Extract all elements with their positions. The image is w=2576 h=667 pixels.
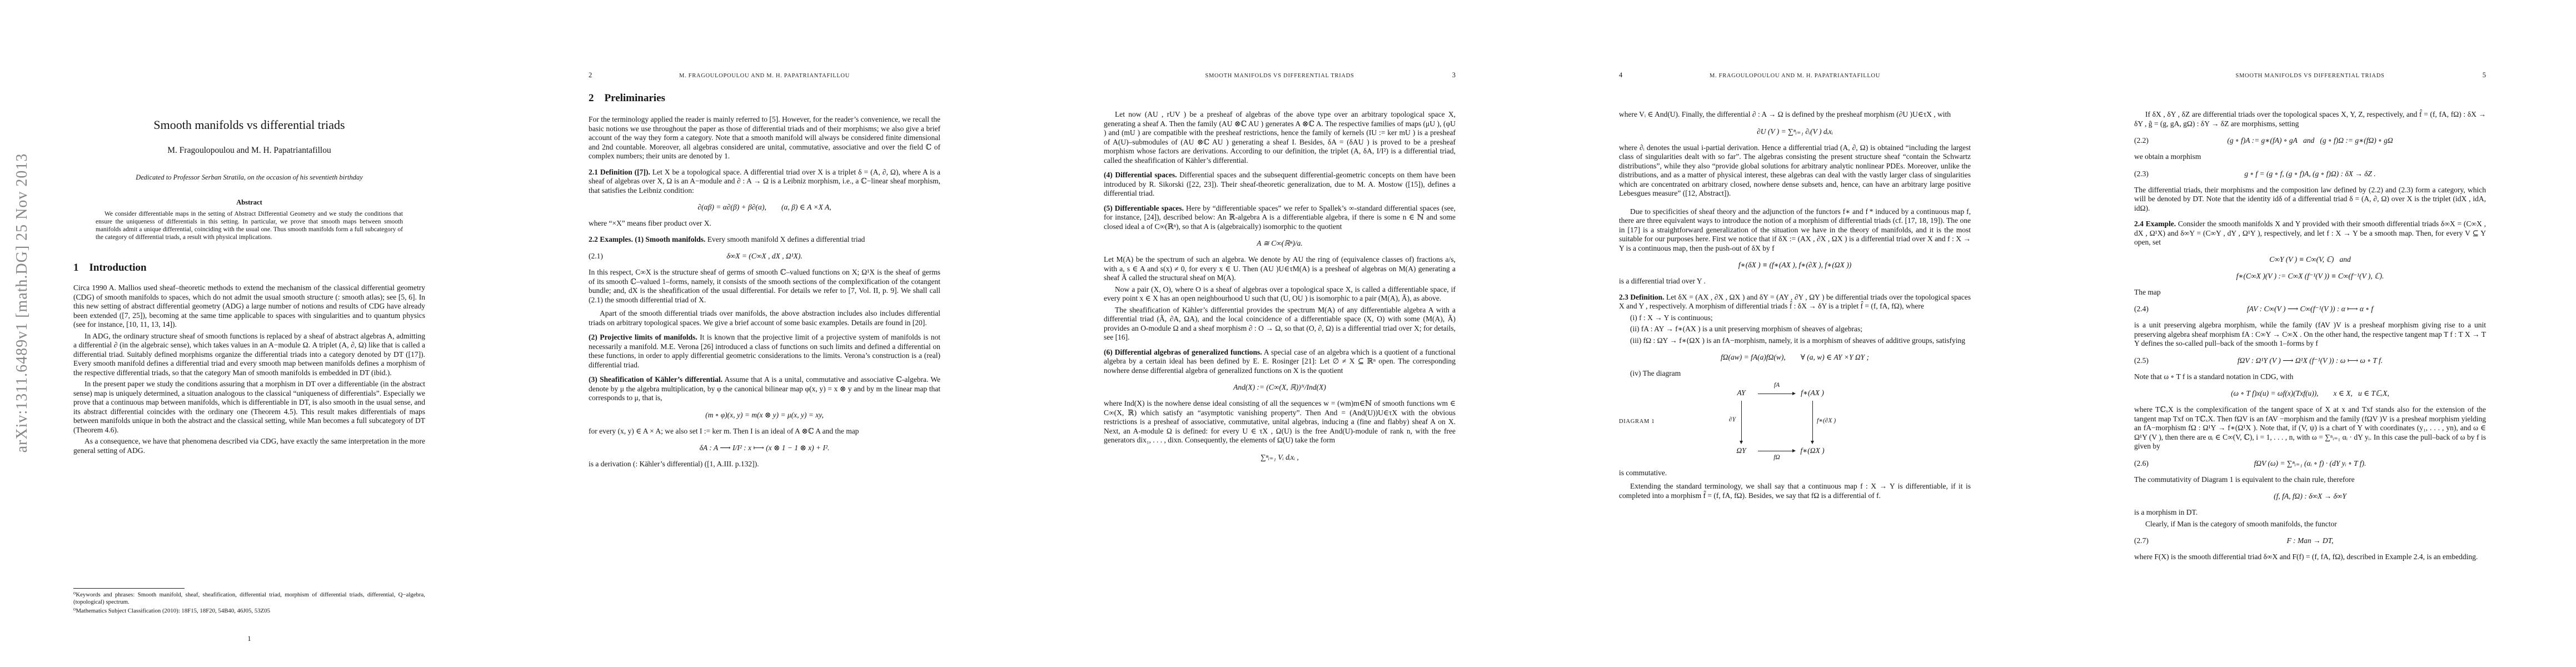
footnote: ⁰Keywords and phrases: Smooth manifold, …: [73, 591, 425, 606]
equation-tag: (2.4): [2134, 304, 2149, 313]
paragraph: where “×X” means fiber product over X.: [589, 219, 940, 228]
paragraph: In this respect, C∞X is the structure sh…: [589, 268, 940, 305]
paragraph-text: Extending the standard terminology, we s…: [1619, 482, 1971, 500]
paragraph-text: is a derivation (: Kähler’s differential…: [589, 460, 759, 468]
paragraph-text: where ∂ᵢ denotes the usual i-partial der…: [1619, 143, 1971, 198]
footnote: ⁰Mathematics Subject Classification (201…: [73, 608, 425, 615]
paragraph: The map: [2134, 288, 2486, 297]
equation-body: (g ∘ f)A := g∗(fA) ∘ gA and (g ∘ f)Ω := …: [2227, 136, 2393, 145]
paragraph: (2) Projective limits of manifolds. It i…: [589, 333, 940, 370]
page-2: 2M. FRAGOULOPOULOU AND M. H. PAPATRIANTA…: [515, 0, 1030, 667]
footnote-area: ⁰Keywords and phrases: Smooth manifold, …: [73, 588, 425, 615]
paragraph: In ADG, the ordinary structure sheaf of …: [73, 332, 425, 378]
equation-tag: (2.3): [2134, 169, 2149, 178]
display-equation: δA : A ⟶ I/I² : x ⟼ (x ⊗ 1 − 1 ⊗ x) + I²…: [589, 443, 940, 452]
paragraph: Now a pair (X, O), where O is a sheaf of…: [1104, 285, 1456, 303]
display-equation-body: A ≅ C∞(ℝⁿ)/a.: [1257, 239, 1303, 247]
display-equation-body: fΩ(aw) = fA(a)fΩ(w), ∀ (a, w) ∈ AY ×Y ΩY…: [1721, 353, 1869, 361]
equation-body: fΩV (ω) = ∑ⁿᵢ₌₁ (αᵢ ∘ f) · (dY yᵢ ∘ T f)…: [2254, 459, 2366, 467]
display-equation: f∗(C∞X )(V ) := C∞X (f⁻¹(V )) ≡ C∞(f⁻¹(V…: [2134, 271, 2486, 281]
diagram-left-arrow-label: ∂Y: [1729, 416, 1736, 423]
paragraph-text: Let δX = (AX , ∂X , ΩX ) and δY = (AY , …: [1619, 293, 1971, 311]
paragraph: In the present paper we study the condit…: [73, 380, 425, 435]
equation: (2.5)fΩV : Ω¹Y (V ) ⟶ Ω¹X (f⁻¹(V )) : ω …: [2134, 356, 2486, 365]
arxiv-banner: arXiv:1311.6489v1 [math.DG] 25 Nov 2013: [13, 153, 31, 453]
paragraph: is a differential triad over Y .: [1619, 277, 1971, 286]
section-heading-text: 2 Preliminaries: [589, 92, 665, 104]
display-equation: ∑ⁿᵢ₌₁ Vᵢ dᵢxᵢ ,: [1104, 452, 1456, 462]
diagram-arrow-top: [1758, 394, 1792, 394]
diagram-node-top-right: f∗(AX ): [1801, 389, 1824, 397]
page-number-text: 1: [247, 635, 251, 643]
equation: (2.7)F : Man → DT,: [2134, 536, 2486, 545]
paragraph-text: (iii) fΩ : ΩY → f∗(ΩX ) is an fA−morphis…: [1630, 336, 1965, 345]
paragraph-text: As a consequence, we have that phenomena…: [73, 437, 425, 455]
paragraph: (4) Differential spaces. Differential sp…: [1104, 171, 1456, 198]
paragraph-lead: 2.1 Definition ([7]).: [589, 168, 650, 176]
page-4: 4M. FRAGOULOPOULOU AND M. H. PAPATRIANTA…: [1546, 0, 2061, 667]
display-equation: ∂U (V ) = ∑ⁿᵢ₌₁ ∂ᵢ(V ) dᵢxᵢ: [1619, 127, 1971, 136]
paragraph: As a consequence, we have that phenomena…: [73, 437, 425, 455]
section-heading: 2 Preliminaries: [589, 92, 940, 105]
display-equation-body: ∂(αβ) = α∂(β) + β∂(α), (α, β) ∈ A ×X A,: [697, 203, 831, 211]
diagram-arrow-bottom-head: [1792, 449, 1796, 452]
paragraph-text: is commutative.: [1619, 469, 1667, 477]
display-equation-body: C∞Y (V ) ≡ C∞(V, ℂ) and: [2269, 255, 2350, 263]
paragraph: where ∂ᵢ denotes the usual i-partial der…: [1619, 143, 1971, 198]
paragraph: (ii) fA : AY → f∗(AX ) is a unit preserv…: [1619, 325, 1971, 334]
equation: (2.2)(g ∘ f)A := g∗(fA) ∘ gA and (g ∘ f)…: [2134, 136, 2486, 145]
paragraph: Extending the standard terminology, we s…: [1619, 482, 1971, 500]
paragraph: For the terminology applied the reader i…: [589, 115, 940, 161]
equation: (2.4)fAV : C∞(V ) ⟶ C∞(f⁻¹(V )) : α ⟼ α …: [2134, 304, 2486, 313]
paper-title-text: Smooth manifolds vs differential triads: [153, 118, 345, 132]
paragraph: (3) Sheafification of Kähler’s different…: [589, 375, 940, 403]
paragraph: is a unit preserving algebra morphism, w…: [2134, 321, 2486, 349]
pdf-canvas: { "banner": { "text": "arXiv:1311.6489v1…: [0, 0, 2576, 667]
paragraph-text: Consider the smooth manifolds X and Y pr…: [2134, 220, 2486, 246]
display-equation: ∂(αβ) = α∂(β) + β∂(α), (α, β) ∈ A ×X A,: [589, 202, 940, 212]
paragraph: (i) f : X → Y is continuous;: [1619, 313, 1971, 323]
page-content: 2 PreliminariesFor the terminology appli…: [589, 0, 940, 469]
paragraph-lead: (6) Differential algebras of generalized…: [1104, 348, 1262, 356]
footnote-text: ⁰Keywords and phrases: Smooth manifold, …: [73, 591, 425, 605]
commutative-diagram: DIAGRAM 1AYf∗(AX )ΩYf∗(ΩX )fAfΩ∂Yf∗(∂X ): [1619, 387, 1971, 465]
diagram-arrow-right-head: [1811, 441, 1814, 444]
paragraph: Let now (AU , rUV ) be a presheaf of alg…: [1104, 110, 1456, 165]
equation-body: g ∘ f = (g ∘ f, (g ∘ f)A, (g ∘ f)Ω) : δX…: [2244, 170, 2375, 178]
diagram-node-top-left: AY: [1737, 389, 1745, 397]
section-heading-text: 1 Introduction: [73, 262, 147, 273]
paragraph-lead: (4) Differential spaces.: [1104, 171, 1177, 179]
display-equation-body: f∗(C∞X )(V ) := C∞X (f⁻¹(V )) ≡ C∞(f⁻¹(V…: [2236, 272, 2384, 280]
paragraph-text: where Ind(X) is the nowhere dense ideal …: [1104, 399, 1456, 444]
paragraph-lead: (5) Differentiable spaces.: [1104, 204, 1184, 212]
paragraph-text: Now a pair (X, O), where O is a sheaf of…: [1104, 285, 1456, 303]
diagram-arrow-bottom: [1758, 451, 1792, 451]
equation-body: δ∞X = (C∞X , dX , Ω¹X).: [726, 252, 803, 260]
paragraph-text: (iv) The diagram: [1630, 369, 1681, 377]
paragraph-text: Circa 1990 A. Mallios used sheaf–theoret…: [73, 283, 425, 328]
paragraph-lead: (3) Sheafification of Kähler’s different…: [589, 375, 723, 384]
paragraph-text: (i) f : X → Y is continuous;: [1630, 313, 1713, 322]
paragraph-text: For the terminology applied the reader i…: [589, 115, 940, 160]
display-equation: A ≅ C∞(ℝⁿ)/a.: [1104, 238, 1456, 248]
paragraph-text: If δX , δY , δZ are differential triads …: [2134, 110, 2486, 128]
paragraph: for every (x, y) ∈ A × A; we also set I …: [589, 427, 940, 436]
paragraph: is commutative.: [1619, 469, 1971, 478]
page-3: SMOOTH MANIFOLDS VS DIFFERENTIAL TRIADS3…: [1030, 0, 1546, 667]
abstract-text: We consider differentiable maps in the s…: [96, 210, 403, 241]
paragraph-text: In ADG, the ordinary structure sheaf of …: [73, 332, 425, 377]
paragraph: we obtain a morphism: [2134, 152, 2486, 162]
paragraph-lead: 2.2 Examples. (1) Smooth manifolds.: [589, 235, 705, 243]
section-heading: 1 Introduction: [73, 261, 425, 275]
page-1: ⁰Keywords and phrases: Smooth manifold, …: [0, 0, 515, 667]
equation-tag: (2.1): [589, 251, 603, 261]
page-5: SMOOTH MANIFOLDS VS DIFFERENTIAL TRIADS5…: [2061, 0, 2576, 667]
paragraph-text: The commutativity of Diagram 1 is equiva…: [2134, 475, 2355, 484]
diagram-arrow-left: [1741, 401, 1742, 441]
display-equation-body: f∗(δX ) ≡ (f∗(AX ), f∗(∂X ), f∗(ΩX )): [1738, 261, 1851, 269]
footnote-text: ⁰Mathematics Subject Classification (201…: [73, 608, 270, 614]
paragraph-text: where Vᵢ ∈ And(U). Finally, the differen…: [1619, 110, 1951, 118]
paragraph-text: we obtain a morphism: [2134, 152, 2201, 161]
paragraph: where TℂₓX is the complexification of th…: [2134, 405, 2486, 451]
display-equation-body: (m ∘ φ)(x, y) = m(x ⊗ y) = μ(x, y) = xy,: [705, 411, 824, 419]
equation-tag: (2.6): [2134, 459, 2149, 468]
paragraph: (6) Differential algebras of generalized…: [1104, 348, 1456, 376]
display-equation: (ω ∘ T f)x(u) = ωf(x)(Txf(u)), x ∈ X, u …: [2134, 389, 2486, 398]
paragraph: is a morphism in DT.: [2134, 508, 2486, 517]
display-equation: (f, fA, fΩ) : δ∞X → δ∞Y: [2134, 491, 2486, 501]
abstract-body: We consider differentiable maps in the s…: [96, 211, 403, 241]
paragraph: Let M(A) be the spectrum of such an alge…: [1104, 255, 1456, 283]
display-equation-body: And(X) := (C∞(X, ℝ))ᴺ/Ind(X): [1233, 383, 1326, 391]
authors-text: M. Fragoulopoulou and M. H. Papatriantaf…: [167, 146, 331, 155]
diagram-arrow-top-head: [1792, 392, 1796, 395]
equation-tag: (2.5): [2134, 356, 2149, 365]
page-number: 1: [73, 635, 425, 643]
display-equation-body: ∂U (V ) = ∑ⁿᵢ₌₁ ∂ᵢ(V ) dᵢxᵢ: [1757, 127, 1833, 136]
footnote-rule: [73, 588, 185, 589]
paragraph: Apart of the smooth differential triads …: [589, 309, 940, 327]
paragraph: is a derivation (: Kähler’s differential…: [589, 460, 940, 469]
display-equation-body: (ω ∘ T f)x(u) = ωf(x)(Txf(u)), x ∈ X, u …: [2231, 389, 2389, 397]
paragraph-text: where TℂₓX is the complexification of th…: [2134, 405, 2486, 450]
diagram-caption: DIAGRAM 1: [1619, 419, 1655, 425]
paragraph-text: Due to specificities of sheaf theory and…: [1619, 207, 1971, 252]
diagram-arrow-left-head: [1740, 441, 1743, 444]
paragraph: (iii) fΩ : ΩY → f∗(ΩX ) is an fA−morphis…: [1619, 336, 1971, 346]
paragraph-text: The map: [2134, 288, 2161, 296]
paragraph: 2.1 Definition ([7]). Let X be a topolog…: [589, 168, 940, 196]
paragraph: 2.2 Examples. (1) Smooth manifolds. Ever…: [589, 235, 940, 245]
paragraph-text: In this respect, C∞X is the structure sh…: [589, 268, 940, 304]
diagram-bottom-arrow-label: fΩ: [1773, 454, 1780, 461]
paragraph: (5) Differentiable spaces. Here by “diff…: [1104, 204, 1456, 232]
paragraph-text: where “×X” means fiber product over X.: [589, 219, 711, 227]
paragraph: (iv) The diagram: [1619, 369, 1971, 379]
paragraph-text: In the present paper we study the condit…: [73, 380, 425, 434]
equation-body: fΩV : Ω¹Y (V ) ⟶ Ω¹X (f⁻¹(V )) : ω ⟼ ω ∘…: [2238, 356, 2383, 365]
paragraph: Circa 1990 A. Mallios used sheaf–theoret…: [73, 283, 425, 330]
dedication: Dedicated to Professor Serban Stratila, …: [73, 173, 425, 182]
diagram-node-bottom-right: f∗(ΩX ): [1800, 446, 1824, 455]
equation: (2.1)δ∞X = (C∞X , dX , Ω¹X).: [589, 251, 940, 261]
paragraph: where F(X) is the smooth differential tr…: [2134, 552, 2486, 562]
page-content: where Vᵢ ∈ And(U). Finally, the differen…: [1619, 0, 1971, 500]
paragraph-text: is a unit preserving algebra morphism, w…: [2134, 321, 2486, 347]
display-equation-body: δA : A ⟶ I/I² : x ⟼ (x ⊗ 1 − 1 ⊗ x) + I²…: [700, 444, 830, 452]
page-content: If δX , δY , δZ are differential triads …: [2134, 0, 2486, 562]
paragraph-text: Apart of the smooth differential triads …: [589, 309, 940, 327]
display-equation-body: (f, fA, fΩ) : δ∞X → δ∞Y: [2274, 492, 2346, 500]
paragraph-lead: (2) Projective limits of manifolds.: [589, 333, 697, 341]
equation: (2.6)fΩV (ω) = ∑ⁿᵢ₌₁ (αᵢ ∘ f) · (dY yᵢ ∘…: [2134, 459, 2486, 468]
display-equation-body: ∑ⁿᵢ₌₁ Vᵢ dᵢxᵢ ,: [1260, 453, 1299, 461]
paragraph-text: Note that ω ∘ T f is a standard notation…: [2134, 372, 2293, 381]
equation-body: F : Man → DT,: [2286, 536, 2333, 545]
page-content: Smooth manifolds vs differential triadsM…: [73, 0, 425, 455]
paragraph-text: is a morphism in DT.: [2134, 508, 2198, 516]
paragraph-text: for every (x, y) ∈ A × A; we also set I …: [589, 427, 859, 435]
paragraph: Due to specificities of sheaf theory and…: [1619, 207, 1971, 253]
diagram-node-bottom-left: ΩY: [1736, 446, 1746, 455]
paragraph: If δX , δY , δZ are differential triads …: [2134, 110, 2486, 128]
paragraph: where Vᵢ ∈ And(U). Finally, the differen…: [1619, 110, 1971, 120]
display-equation: f∗(δX ) ≡ (f∗(AX ), f∗(∂X ), f∗(ΩX )): [1619, 260, 1971, 270]
paragraph: Note that ω ∘ T f is a standard notation…: [2134, 372, 2486, 382]
paragraph-text: (ii) fA : AY → f∗(AX ) is a unit preserv…: [1630, 325, 1862, 333]
abstract-heading: Abstract: [73, 198, 425, 207]
display-equation: (m ∘ φ)(x, y) = m(x ⊗ y) = μ(x, y) = xy,: [589, 410, 940, 420]
display-equation: fΩ(aw) = fA(a)fΩ(w), ∀ (a, w) ∈ AY ×Y ΩY…: [1619, 352, 1971, 362]
equation: (2.3)g ∘ f = (g ∘ f, (g ∘ f)A, (g ∘ f)Ω)…: [2134, 169, 2486, 178]
abstract-heading-text: Abstract: [236, 198, 262, 206]
equation-body: fAV : C∞(V ) ⟶ C∞(f⁻¹(V )) : α ⟼ α ∘ f: [2247, 305, 2373, 313]
paragraph-text: is a differential triad over Y .: [1619, 277, 1706, 285]
dedication-text: Dedicated to Professor Serban Stratila, …: [136, 173, 363, 181]
paragraph: 2.4 Example. Consider the smooth manifol…: [2134, 220, 2486, 247]
paragraph: The commutativity of Diagram 1 is equiva…: [2134, 475, 2486, 485]
paragraph-lead: 2.3 Definition.: [1619, 293, 1665, 301]
diagram-top-arrow-label: fA: [1774, 382, 1780, 389]
authors: M. Fragoulopoulou and M. H. Papatriantaf…: [73, 146, 425, 156]
paragraph-text: Let M(A) be the spectrum of such an alge…: [1104, 255, 1456, 282]
paragraph: The differential triads, their morphisms…: [2134, 186, 2486, 213]
paragraph-text: The sheafification of Kähler’s different…: [1104, 306, 1456, 342]
paragraph-text: where F(X) is the smooth differential tr…: [2134, 552, 2478, 561]
paragraph-text: Let now (AU , rUV ) be a presheaf of alg…: [1104, 110, 1456, 165]
display-equation: And(X) := (C∞(X, ℝ))ᴺ/Ind(X): [1104, 382, 1456, 392]
equation-tag: (2.7): [2134, 536, 2149, 545]
paragraph: 2.3 Definition. Let δX = (AX , ∂X , ΩX )…: [1619, 293, 1971, 311]
paragraph: Clearly, if Man is the category of smoot…: [2134, 520, 2486, 529]
paragraph-lead: 2.4 Example.: [2134, 220, 2176, 228]
page-content: Let now (AU , rUV ) be a presheaf of alg…: [1104, 0, 1456, 469]
diagram-right-arrow-label: f∗(∂X ): [1817, 416, 1836, 424]
paragraph: where Ind(X) is the nowhere dense ideal …: [1104, 399, 1456, 445]
display-equation: C∞Y (V ) ≡ C∞(V, ℂ) and: [2134, 255, 2486, 264]
paragraph: The sheafification of Kähler’s different…: [1104, 306, 1456, 342]
diagram-arrow-right: [1812, 401, 1813, 441]
paragraph-text: Every smooth manifold X defines a differ…: [705, 235, 865, 243]
paragraph-text: Clearly, if Man is the category of smoot…: [2145, 520, 2337, 528]
equation-tag: (2.2): [2134, 136, 2149, 145]
paragraph-text: The differential triads, their morphisms…: [2134, 186, 2486, 212]
paper-title: Smooth manifolds vs differential triads: [73, 118, 425, 132]
